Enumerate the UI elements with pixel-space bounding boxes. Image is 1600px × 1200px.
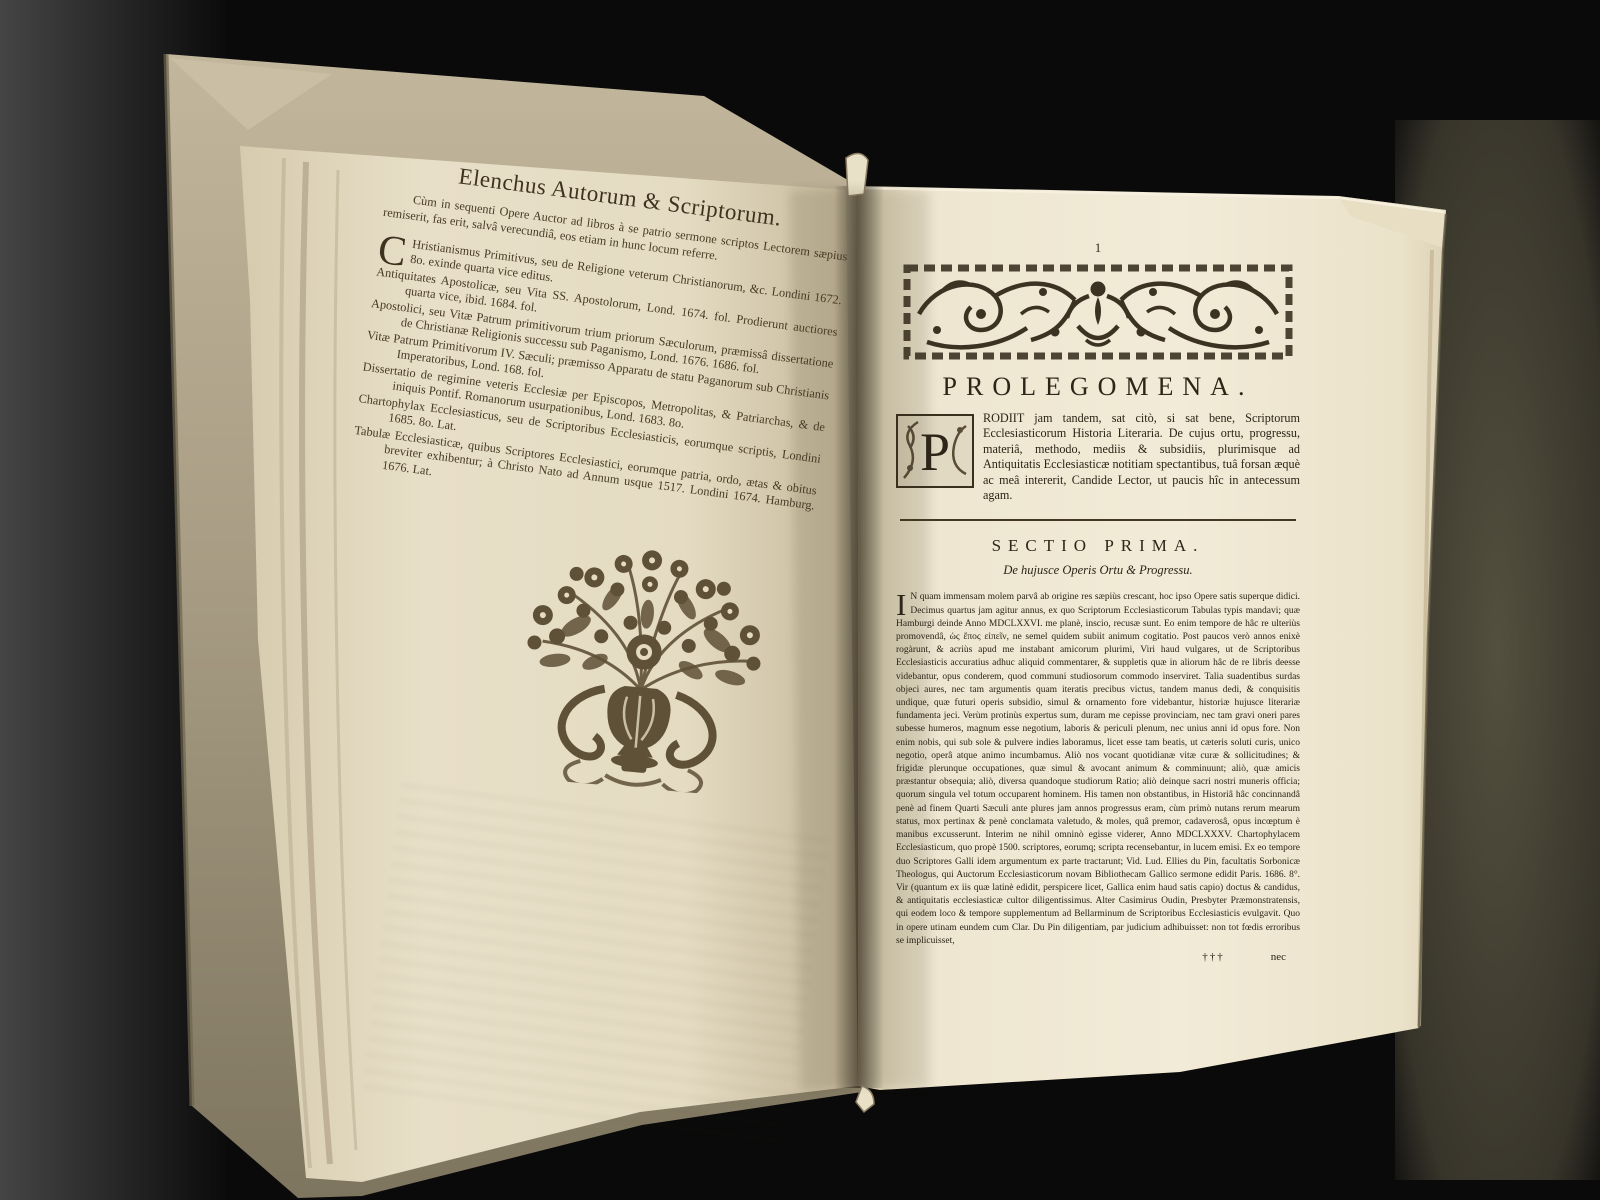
signature-line: †††nec [896,951,1300,963]
drop-cap-c: C [376,232,413,269]
verso-showthrough [362,783,829,1146]
opening-paragraph: P RODIIT jam tandem, sat citò, si sat be… [896,411,1300,503]
opening-text: RODIIT jam tandem, sat citò, si sat bene… [983,411,1300,502]
right-page: 1 [896,240,1300,963]
grotesque-scrollwork-headpiece-icon [903,262,1293,362]
signature-mark: ††† [1202,951,1225,963]
antique-book-photo: Elenchus Autorum & Scriptorum. Cùm in se… [0,0,1600,1200]
drop-cap-i: I [896,591,910,617]
catchword: nec [1271,951,1286,963]
body-paragraph: IN quam immensam molem parvâ ab origine … [896,591,1300,947]
page-number: 1 [896,240,1300,256]
drop-cap-p-letter: P [920,422,950,482]
section-heading: SECTIO PRIMA. [896,536,1300,556]
section-subtitle: De hujusce Operis Ortu & Progressu. [896,563,1300,578]
section-divider-rule [900,519,1296,521]
floral-urn-vignette-icon [493,528,794,799]
left-page: Elenchus Autorum & Scriptorum. Cùm in se… [349,154,853,530]
body-text: N quam immensam molem parvâ ab origine r… [896,592,1300,945]
prolegomena-title: PROLEGOMENA. [896,372,1300,402]
drop-cap-p-woodcut-icon: P [896,414,974,488]
